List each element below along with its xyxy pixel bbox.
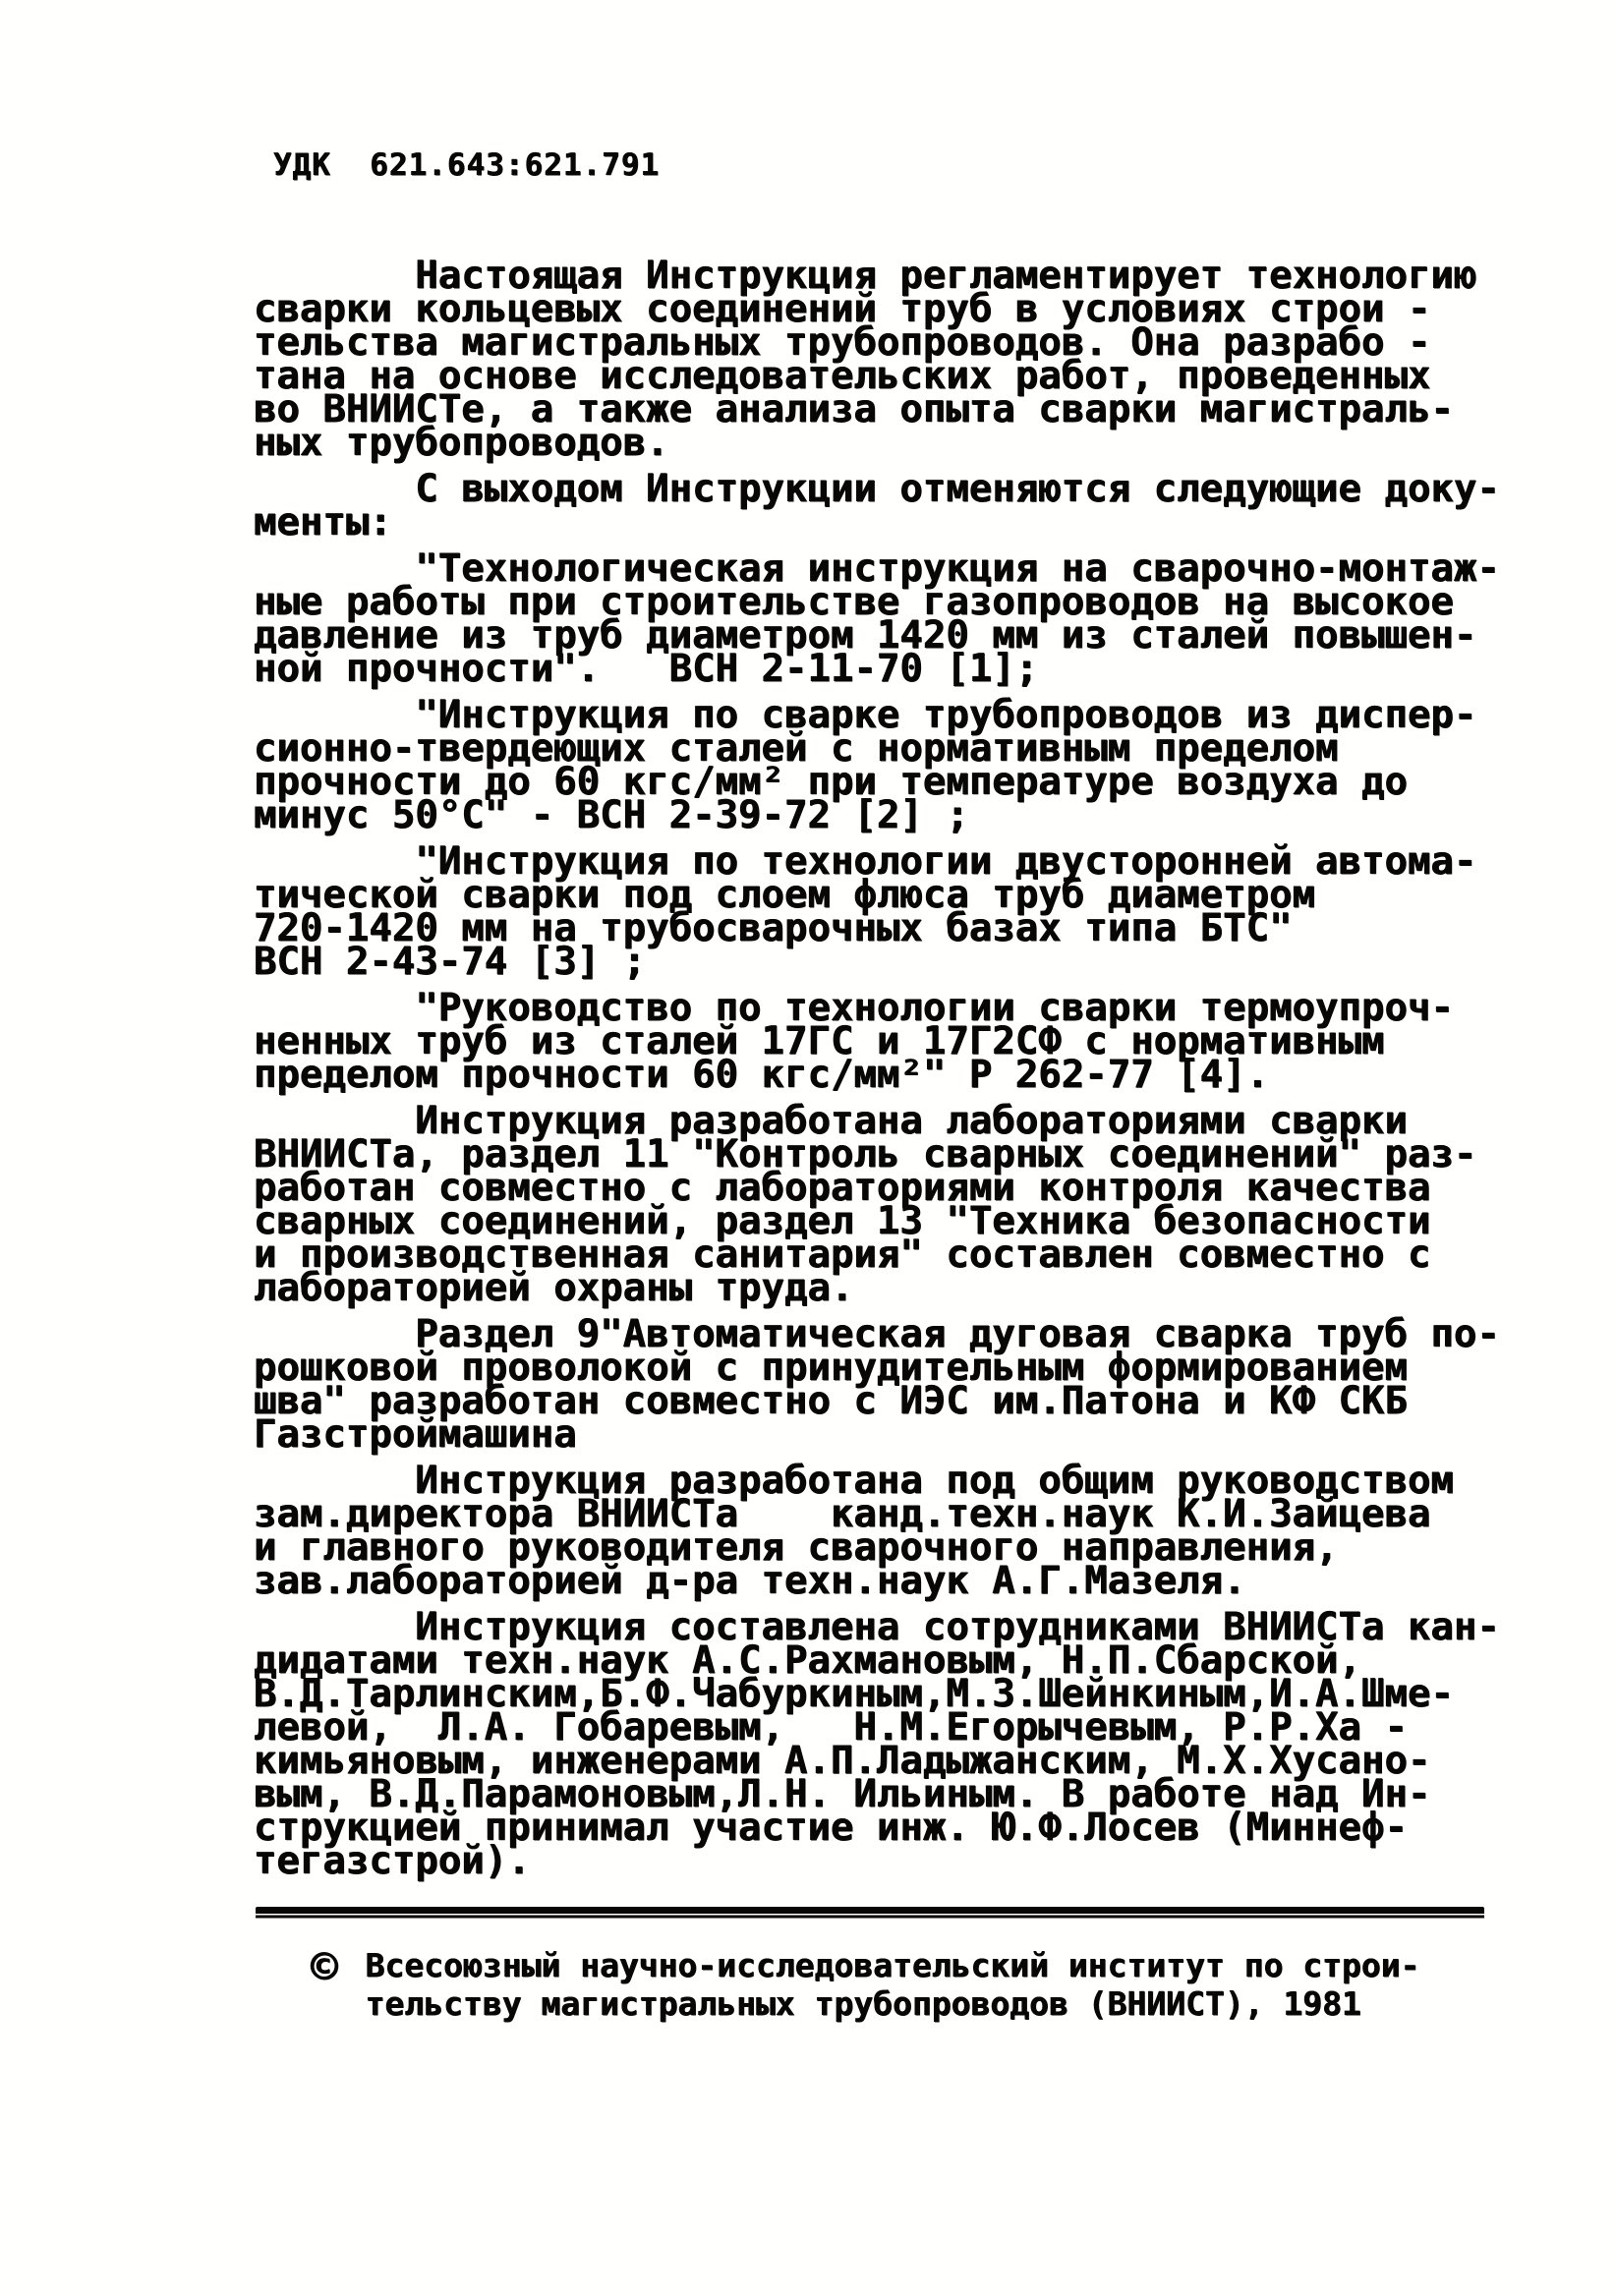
- copyright-text: Всесоюзный научно-исследовательский инст…: [366, 1942, 1420, 2023]
- paragraph-intro: Настоящая Инструкция регламентирует техн…: [254, 259, 1500, 460]
- paragraph-doc-r-262-77: "Руководство по технологии сварки термоу…: [254, 992, 1500, 1092]
- udk-classification: УДК 621.643:621.791: [273, 147, 660, 183]
- copyright-footer: © Всесоюзный научно-исследовательский ин…: [311, 1942, 1420, 2023]
- paragraph-cancelled-docs: С выходом Инструкции отменяются следующи…: [254, 473, 1500, 540]
- document-body: Настоящая Инструкция регламентирует техн…: [254, 259, 1500, 1891]
- paragraph-authors: Инструкция составлена сотрудниками ВНИИС…: [254, 1611, 1500, 1878]
- paragraph-developed-by-labs: Инструкция разработана лабораториями сва…: [254, 1105, 1500, 1305]
- paragraph-doc-vsn-2-11-70: "Технологическая инструкция на сварочно-…: [254, 552, 1500, 686]
- paragraph-supervisors: Инструкция разработана под общим руковод…: [254, 1464, 1500, 1598]
- paragraph-section-9: Раздел 9"Автоматическая дуговая сварка т…: [254, 1318, 1500, 1452]
- scanned-document-page: УДК 621.643:621.791 Настоящая Инструкция…: [0, 0, 1615, 2296]
- paragraph-doc-vsn-2-39-72: "Инструкция по сварке трубопроводов из д…: [254, 699, 1500, 832]
- footer-divider-line: [256, 1907, 1484, 1920]
- copyright-icon: ©: [311, 1942, 338, 1991]
- paragraph-doc-vsn-2-43-74: "Инструкция по технологии двусторонней а…: [254, 845, 1500, 979]
